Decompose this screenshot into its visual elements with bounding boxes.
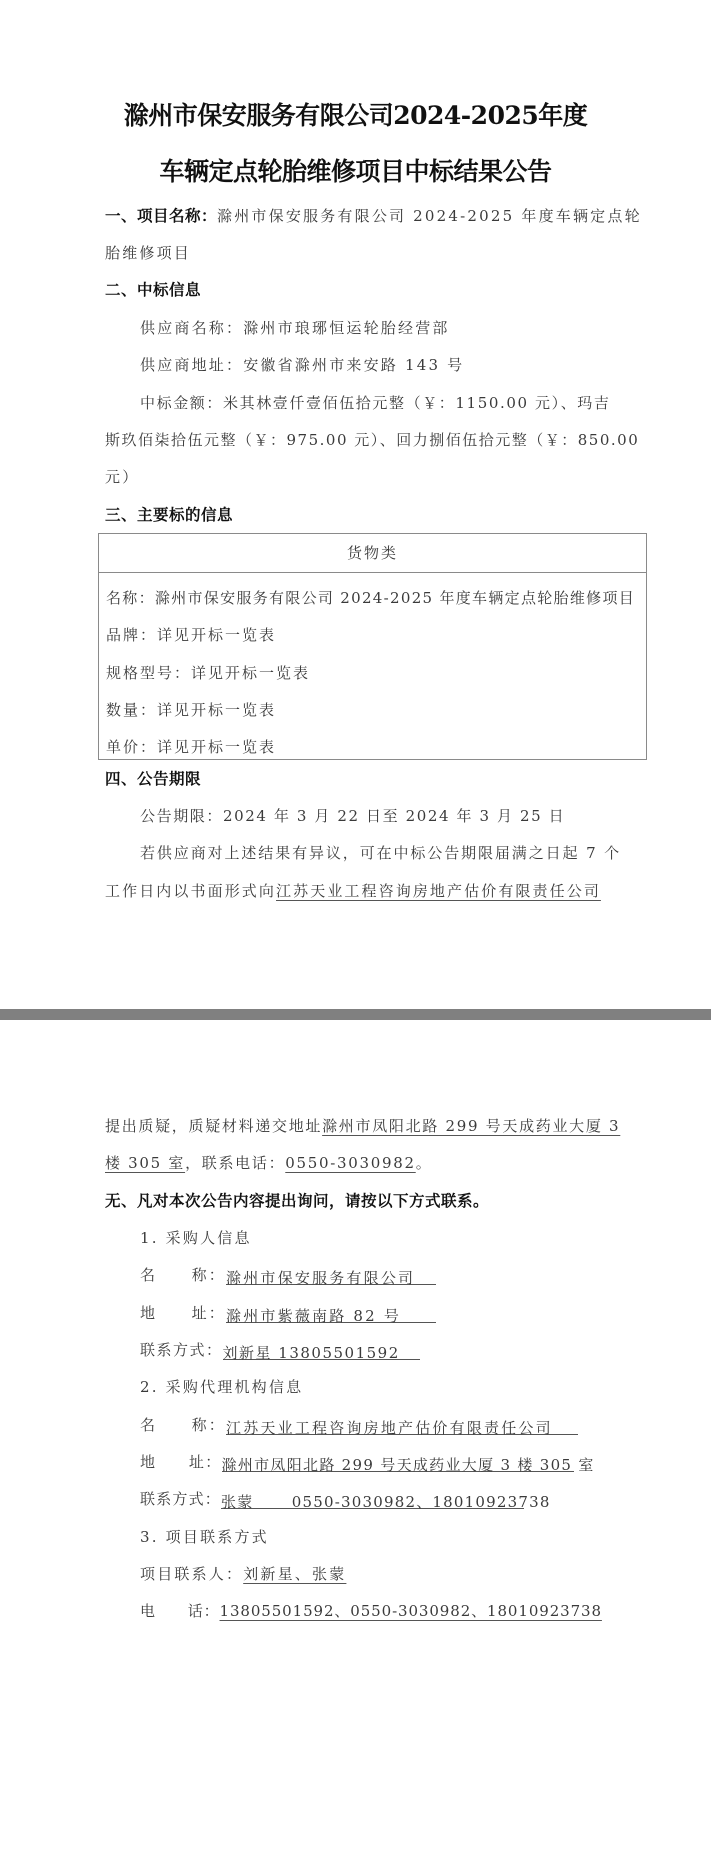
section-2-heading: 二、中标信息	[105, 280, 201, 300]
table-row: 数量：详见开标一览表	[106, 700, 276, 720]
project-contact-heading: 3. 项目联系方式	[140, 1527, 269, 1547]
objection-line-3: 提出质疑，质疑材料递交地址滁州市凤阳北路 299 号天成药业大厦 3	[105, 1116, 620, 1136]
page-separator	[0, 1009, 711, 1020]
objection-text-end: 。	[416, 1154, 433, 1172]
purchaser-address-label: 地 址：	[140, 1304, 226, 1322]
table-header-goods: 货物类	[99, 534, 646, 573]
document-page-2: 提出质疑，质疑材料递交地址滁州市凤阳北路 299 号天成药业大厦 3 楼 305…	[0, 1020, 711, 1865]
agency-name-link: 江苏天业工程咨询房地产估价有限责任公司	[276, 882, 601, 900]
purchaser-address: 滁州市紫薇南路 82 号	[226, 1307, 401, 1325]
bid-amount-line-2: 斯玖佰柒拾伍元整（￥：975.00 元）、回力捌佰伍拾元整（￥：850.00	[105, 430, 639, 450]
objection-address-link: 滁州市凤阳北路 299 号天成药业大厦 3	[322, 1117, 620, 1135]
document-title-line-2: 车辆定点轮胎维修项目中标结果公告	[0, 152, 711, 188]
agency-contact: 张蒙 0550-3030982、18010923738	[221, 1493, 551, 1511]
objection-text: 工作日内以书面形式向	[105, 882, 276, 900]
table-row: 名称：滁州市保安服务有限公司 2024-2025 年度车辆定点轮胎维修项目	[106, 588, 635, 608]
objection-phone: 0550-3030982	[285, 1154, 415, 1172]
purchaser-heading: 1. 采购人信息	[140, 1228, 252, 1248]
project-phone-label: 电 话：	[140, 1602, 220, 1620]
announcement-period: 公告期限：2024 年 3 月 22 日至 2024 年 3 月 25 日	[140, 806, 565, 826]
objection-line-1: 若供应商对上述结果有异议，可在中标公告期限届满之日起 7 个	[140, 843, 621, 863]
supplier-name: 滁州市琅琊恒运轮胎经营部	[243, 319, 449, 337]
purchaser-address-line: 地 址：滁州市紫薇南路 82 号	[140, 1303, 436, 1323]
agency-name-label: 名 称：	[140, 1416, 226, 1434]
table-row: 品牌：详见开标一览表	[106, 625, 276, 645]
document-page-1: 滁州市保安服务有限公司2024-2025年度 车辆定点轮胎维修项目中标结果公告 …	[0, 0, 711, 1009]
section-4-heading: 四、公告期限	[105, 769, 201, 789]
supplier-name-line: 供应商名称：滁州市琅琊恒运轮胎经营部	[140, 318, 450, 338]
purchaser-contact-line: 联系方式：刘新星 13805501592	[140, 1340, 420, 1360]
objection-text: ，联系电话：	[185, 1154, 285, 1172]
section-5-heading: 无、凡对本次公告内容提出询问，请按以下方式联系。	[105, 1191, 489, 1211]
bid-amount-line-3: 元）	[105, 467, 139, 487]
table-row: 单价：详见开标一览表	[106, 737, 276, 757]
agency-heading: 2. 采购代理机构信息	[140, 1377, 303, 1397]
section-1-heading: 一、项目名称：	[105, 207, 217, 225]
purchaser-contact: 刘新星 13805501592	[223, 1344, 400, 1362]
supplier-address-line: 供应商地址：安徽省滁州市来安路 143 号	[140, 355, 464, 375]
project-phone: 13805501592、0550-3030982、18010923738	[220, 1602, 602, 1620]
objection-line-2: 工作日内以书面形式向江苏天业工程咨询房地产估价有限责任公司	[105, 881, 601, 901]
project-person-label: 项目联系人：	[140, 1565, 243, 1583]
main-subject-table: 货物类 名称：滁州市保安服务有限公司 2024-2025 年度车辆定点轮胎维修项…	[98, 533, 647, 760]
document-title-line-1: 滁州市保安服务有限公司2024-2025年度	[0, 96, 711, 132]
bid-amount-line-1: 中标金额：米其林壹仟壹佰伍拾元整（￥：1150.00 元）、玛吉	[140, 393, 611, 413]
agency-name-line: 名 称：江苏天业工程咨询房地产估价有限责任公司	[140, 1415, 578, 1435]
project-phone-line: 电 话：13805501592、0550-3030982、18010923738	[140, 1601, 602, 1621]
project-name-continued: 胎维修项目	[105, 243, 191, 263]
table-row: 规格型号：详见开标一览表	[106, 663, 310, 683]
purchaser-contact-label: 联系方式：	[140, 1341, 223, 1359]
objection-text: 提出质疑，质疑材料递交地址	[105, 1117, 322, 1135]
project-person-line: 项目联系人：刘新星、张蒙	[140, 1564, 346, 1584]
project-name-text: 滁州市保安服务有限公司 2024-2025 年度车辆定点轮	[217, 207, 642, 225]
project-person: 刘新星、张蒙	[243, 1565, 346, 1583]
section-3-heading: 三、主要标的信息	[105, 505, 233, 525]
project-name-line: 一、项目名称：滁州市保安服务有限公司 2024-2025 年度车辆定点轮	[105, 206, 642, 226]
agency-address-label: 地 址：	[140, 1453, 222, 1471]
supplier-address-label: 供应商地址：	[140, 356, 243, 374]
agency-contact-line: 联系方式：张蒙 0550-3030982、18010923738	[140, 1489, 524, 1509]
supplier-name-label: 供应商名称：	[140, 319, 243, 337]
purchaser-name-label: 名 称：	[140, 1266, 226, 1284]
objection-line-4: 楼 305 室，联系电话：0550-3030982。	[105, 1153, 432, 1173]
agency-address: 滁州市凤阳北路 299 号天成药业大厦 3 楼 305 室	[222, 1456, 595, 1474]
supplier-address: 安徽省滁州市来安路 143 号	[243, 356, 464, 374]
purchaser-name: 滁州市保安服务有限公司	[226, 1269, 415, 1287]
agency-contact-label: 联系方式：	[140, 1490, 221, 1508]
agency-name: 江苏天业工程咨询房地产估价有限责任公司	[226, 1419, 553, 1437]
purchaser-name-line: 名 称：滁州市保安服务有限公司	[140, 1265, 436, 1285]
agency-address-line: 地 址：滁州市凤阳北路 299 号天成药业大厦 3 楼 305 室	[140, 1452, 574, 1472]
objection-address-link-cont: 楼 305 室	[105, 1154, 185, 1172]
